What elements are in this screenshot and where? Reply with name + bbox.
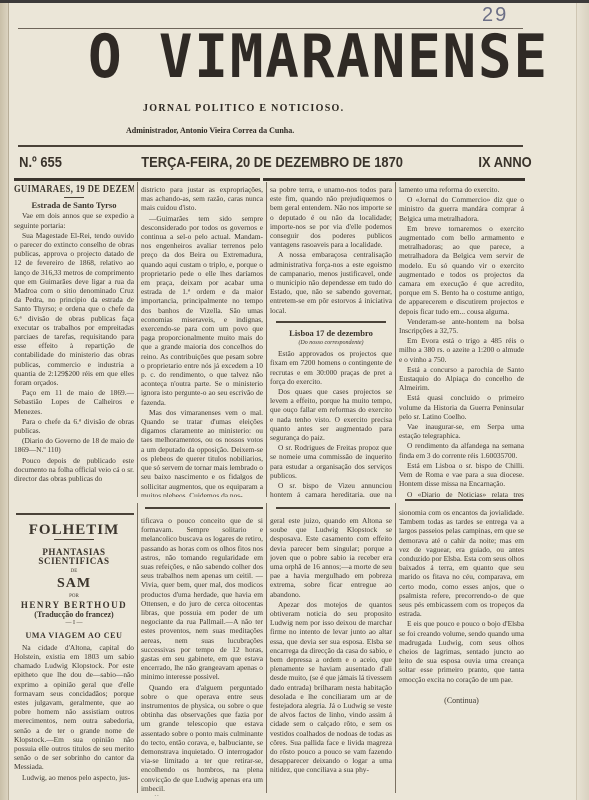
paragraph: Quando era d'alguem perguntado sobre o q… — [141, 683, 263, 793]
section-heading: Lisboa 17 de dezembro — [270, 329, 392, 338]
folhetim-title: FOLHETIM — [14, 526, 134, 535]
folhetim-rule — [16, 513, 134, 515]
paragraph: Na cidade d'Altona, capital do Holstein,… — [14, 643, 134, 772]
column-divider — [137, 503, 138, 793]
work-title: PHANTASIAS SCIENTIFICAS — [14, 548, 134, 566]
paragraph: Está quasi concluido o primeiro volume d… — [399, 393, 524, 421]
paragraph: Paço em 11 de maio de 1869.— Sebastião L… — [14, 388, 134, 416]
paragraph: O sr. bispo de Vizeu annunciou hontem á … — [270, 481, 392, 497]
de-label: DE — [14, 567, 134, 576]
top-edge — [0, 0, 589, 3]
volume-year: IX ANNO — [478, 154, 531, 171]
page-edge — [576, 0, 589, 800]
paragraph: O rendimento da alfandega na semana find… — [399, 441, 524, 459]
folhetim-rule — [145, 507, 263, 509]
column-divider — [395, 182, 396, 497]
paragraph: Pouco depois de publicado este documento… — [14, 456, 134, 484]
paragraph: tificava o pouco conceito que de si form… — [141, 516, 263, 682]
paragraph: Em Evora está o trigo a 485 réis o milho… — [399, 336, 524, 364]
column-3-news: sa pobre terra, e unamo-nos todos para e… — [270, 185, 392, 497]
paragraph: Está a concurso a parochia de Santo Eust… — [399, 365, 524, 393]
paragraph: E eis que pouco e pouco o bojo d'Elsba s… — [399, 619, 524, 683]
folhetim-column-1: FOLHETIM PHANTASIAS SCIENTIFICAS DE SAM … — [14, 522, 134, 797]
paragraph: Sua Magestade El-Rei, tendo ouvido o par… — [14, 231, 134, 387]
paragraph: O sr. Rodrigues de Freitas propoz que se… — [270, 443, 392, 480]
paragraph: (Diario do Governo de 18 de maio de 1869… — [14, 436, 134, 454]
byline: (Do nosso correspondente) — [270, 339, 392, 348]
dateline-rule-right — [263, 178, 525, 181]
column-divider — [395, 503, 396, 793]
column-1-news: GUIMARÃES, 19 DE DEZEMBRO Estrada de San… — [14, 185, 134, 503]
folhetim-rule — [276, 507, 390, 509]
paragraph: O «Diario de Noticias» relata tres casos… — [399, 490, 524, 498]
paragraph: —Guimarães tem sido sempre desconsiderad… — [141, 214, 263, 407]
paragraph: Vae inaugurar-se, em Serpa uma estação t… — [399, 422, 524, 440]
folhetim-column-2: tificava o pouco conceito que de si form… — [141, 516, 263, 796]
paragraph: Está em Lisboa o sr. bispo de Chilli. Ve… — [399, 461, 524, 489]
chapter-title: UMA VIAGEM AO CEU — [14, 631, 134, 640]
paragraph: lamento uma reforma do exercito. — [399, 185, 524, 194]
paragraph: Ludwig, ao menos pelo aspecto, jus- — [14, 773, 134, 782]
paragraph: districto para justar as expropriações, … — [141, 185, 263, 213]
column-divider — [137, 182, 138, 497]
column-divider — [266, 503, 267, 793]
issue-number: N.º 655 — [19, 154, 62, 171]
issue-date: TERÇA-FEIRA, 20 DE DEZEMBRO DE 1870 — [141, 154, 403, 171]
masthead-bottom-rule — [18, 145, 523, 147]
continued-note: (Continua) — [399, 696, 524, 705]
folhetim-column-3: geral este juizo, quando em Altona se so… — [270, 516, 392, 796]
chapter-mark: — I — — [14, 619, 134, 628]
folhetim-rule — [405, 499, 523, 501]
place-date-heading: GUIMARÃES, 19 DE DEZEMBRO — [14, 185, 116, 194]
paragraph: Effectivamente veio-se a tornar mais — [141, 794, 263, 796]
section-heading: Estrada de Santo Tyrso — [14, 201, 134, 210]
paragraph: Vae em dois annos que se expedio a segui… — [14, 211, 134, 229]
paragraph: sionomia com os encantos da jovialidade.… — [399, 508, 524, 618]
author-name: HENRY BERTHOUD — [14, 601, 134, 610]
column-2-news: districto para justar as expropriações, … — [141, 185, 263, 497]
dateline: N.º 655 TERÇA-FEIRA, 20 DE DEZEMBRO DE 1… — [14, 152, 453, 174]
paragraph: Apezar dos motejos de quantos obtiveram … — [270, 600, 392, 775]
column-4-news: lamento uma reforma do exercito. O «Jorn… — [399, 185, 524, 497]
newspaper-title: O VIMARANENSE — [88, 22, 423, 92]
newspaper-subtitle: JORNAL POLITICO E NOTICIOSO. — [143, 103, 344, 114]
section-divider — [276, 321, 386, 323]
column-divider — [266, 182, 267, 497]
paragraph: A nossa embaraçosa centralisação adminis… — [270, 250, 392, 314]
translation-note: (Traducção do francez) — [14, 610, 134, 619]
paragraph: Para o chefe da 6.ª divisão de obras pub… — [14, 417, 134, 435]
paragraph: geral este juizo, quando em Altona se so… — [270, 516, 392, 599]
paragraph: Estão approvados os projectos que fixam … — [270, 349, 392, 386]
title-divider — [54, 539, 94, 540]
paragraph: Venderam-se ante-hontem na bolsa Inscrip… — [399, 317, 524, 335]
work-subject: SAM — [14, 576, 134, 592]
dateline-rule-left — [14, 178, 260, 181]
paragraph: Dos quaes que cases projectos se levem a… — [270, 387, 392, 442]
paragraph: sa pobre terra, e unamo-nos todos para e… — [270, 185, 392, 249]
paragraph: Mas dos vimaranenses vem o mal. Quando s… — [141, 408, 263, 497]
paragraph: O «Jornal do Commercio» diz que o minist… — [399, 195, 524, 223]
heading-divider — [64, 197, 84, 198]
folhetim-column-4: sionomia com os encantos da jovialidade.… — [399, 508, 524, 748]
paragraph: Em breve tornaremos o exercito augmentad… — [399, 224, 524, 316]
administrator-line: Administrador, Antonio Vieira Correa da … — [126, 126, 294, 135]
